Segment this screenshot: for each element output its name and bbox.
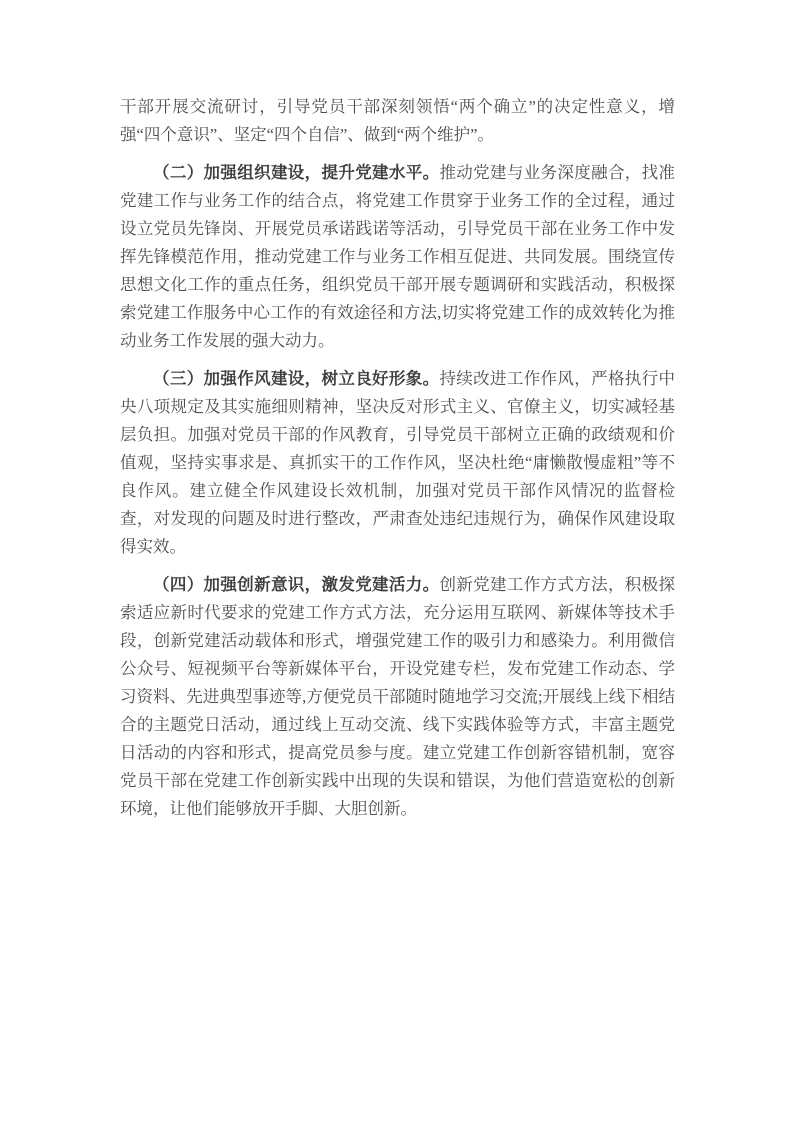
- paragraph-text: 创新党建工作方式方法，积极探索适应新时代要求的党建工作方式方法，充分运用互联网、…: [120, 575, 675, 818]
- paragraph-section-2: （二）加强组织建设，提升党建水平。推动党建与业务深度融合，找准党建工作与业务工作…: [120, 159, 675, 355]
- paragraph-heading: （二）加强组织建设，提升党建水平。: [153, 163, 439, 182]
- paragraph-text: 推动党建与业务深度融合，找准党建工作与业务工作的结合点，将党建工作贯穿于业务工作…: [120, 163, 675, 350]
- paragraph-heading: （四）加强创新意识，激发党建活力。: [153, 575, 439, 594]
- paragraph-section-4: （四）加强创新意识，激发党建活力。创新党建工作方式方法，积极探索适应新时代要求的…: [120, 571, 675, 823]
- paragraph-continuation: 干部开展交流研讨，引导党员干部深刻领悟“两个确立”的决定性意义，增强“四个意识”…: [120, 93, 675, 149]
- paragraph-text: 持续改进工作作风，严格执行中央八项规定及其实施细则精神，坚决反对形式主义、官僚主…: [120, 369, 675, 556]
- paragraph-section-3: （三）加强作风建设，树立良好形象。持续改进工作作风，严格执行中央八项规定及其实施…: [120, 365, 675, 561]
- document-page: 干部开展交流研讨，引导党员干部深刻领悟“两个确立”的决定性意义，增强“四个意识”…: [0, 0, 793, 1122]
- paragraph-heading: （三）加强作风建设，树立良好形象。: [153, 369, 439, 388]
- paragraph-text: 干部开展交流研讨，引导党员干部深刻领悟“两个确立”的决定性意义，增强“四个意识”…: [120, 97, 675, 144]
